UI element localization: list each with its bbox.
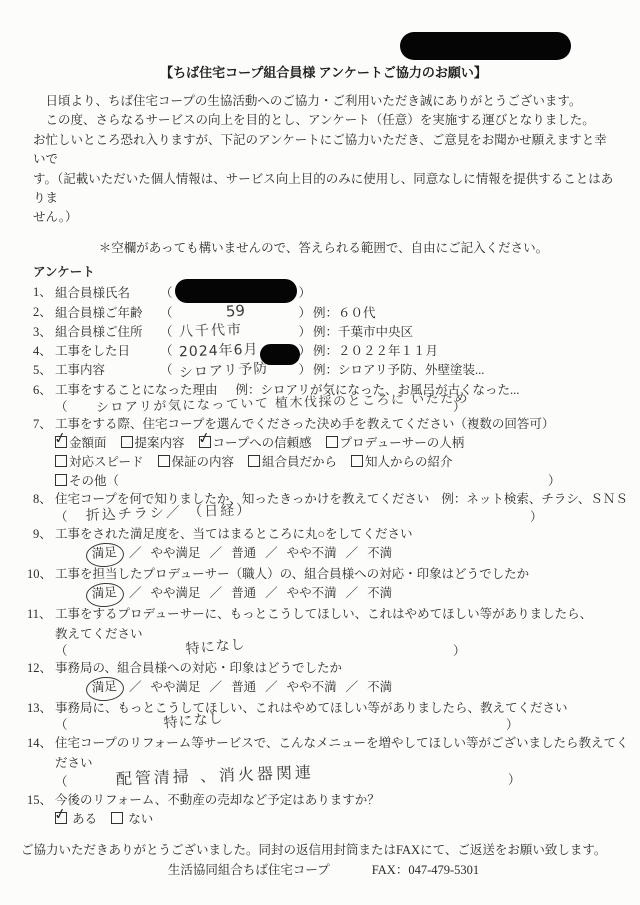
paren-close: ） — [299, 344, 312, 358]
footer-thanks: ご協力いただきありがとうございました。同封の返信用封筒またはFAXにて、ご返送を… — [21, 841, 614, 861]
question-11-producer-feedback: 11、工事をするプロデューサーに、もっとこうしてほしい、これはやめてほしい等があ… — [33, 605, 614, 624]
option-separator: ／ — [337, 546, 368, 560]
question-number: 11、 — [27, 605, 52, 624]
checkbox — [55, 474, 67, 486]
question-text: 今後のリフォーム、不動産の売却など予定はありますか？ — [55, 793, 380, 807]
checkbox-item-yes: ある — [55, 812, 97, 826]
question-9-scale: 満足／やや満足／普通／やや不満／不満 — [33, 544, 614, 565]
answer-blank: 2024年6月 — [173, 342, 299, 361]
checkbox-item-producer-character: プロデューサーの人柄 — [326, 436, 465, 450]
paren-close: ） — [299, 363, 312, 377]
checkbox-item-referral: 知人からの紹介 — [351, 455, 453, 469]
checkbox-label: 金額面 — [69, 436, 107, 450]
example-text: 例：シロアリ予防、外壁塗装... — [313, 363, 484, 377]
question-11-continued: 教えてください — [33, 625, 614, 644]
paren-open: （ — [55, 400, 68, 414]
question-number: 6、 — [33, 381, 52, 400]
checkbox-item-other: その他（ — [55, 474, 119, 488]
question-10-producer-impression: 10、工事を担当したプロデューサー（職人）の、組合員様への対応・印象はどうでした… — [33, 565, 614, 584]
checkbox-label: 保証の内容 — [172, 455, 235, 469]
question-number: 5、 — [33, 361, 52, 380]
paren-close: ） — [548, 472, 561, 491]
satisfaction-option: 不満 — [367, 678, 392, 697]
option-separator: ／ — [120, 586, 151, 600]
question-text: 教えてください — [55, 627, 143, 641]
question-14-menu-request: 14、住宅コープのリフォーム等サービスで、こんなメニューを増やしてほしい等がござ… — [33, 734, 614, 753]
question-text: 工事をされた満足度を、当てはまるところに丸○をしてください — [55, 527, 413, 541]
question-12-office-impression: 12、事務局の、組合員様への対応・印象はどうでしたか — [33, 659, 614, 678]
answer-blank: シロアリ予防 — [173, 361, 299, 380]
question-label: 組合員様ご年齢 — [55, 304, 160, 323]
question-12-scale: 満足／やや満足／普通／やや不満／不満 — [33, 678, 614, 699]
question-text: ださい — [55, 756, 93, 770]
question-4-work-date: 4、工事をした日（2024年6月）例：２０２２年１１月 — [33, 342, 614, 361]
option-separator: ／ — [120, 546, 151, 560]
question-text: 工事を担当したプロデューサー（職人）の、組合員様への対応・印象はどうでしたか — [55, 567, 529, 581]
option-separator: ／ — [256, 546, 287, 560]
paren-open: （ — [55, 644, 68, 658]
checkbox-label: 対応スピード — [69, 455, 144, 469]
intro-line-2: この度、さらなるサービスの向上を目的とし、アンケート（任意）を実施する運びとなり… — [33, 111, 614, 130]
paren-open: （ — [160, 325, 173, 339]
example-text: 例：ネット検索、チラシ、ＳＮＳ — [441, 492, 628, 506]
intro-paragraph: 日頃より、ちば住宅コープの生協活動へのご協力・ご利用いただき誠にありがとうござい… — [33, 92, 614, 228]
checkbox-item-no: ない — [111, 812, 153, 826]
question-text: 住宅コープのリフォーム等サービスで、こんなメニューを増やしてほしい等がございまし… — [55, 736, 629, 750]
checkbox-label: 提案内容 — [135, 436, 185, 450]
question-13-answer-line: （特になし） — [33, 718, 614, 734]
question-13-office-feedback: 13、事務局に、もっとこうしてほしい、これはやめてほしい等がありましたら、教えて… — [33, 699, 614, 718]
checkbox-item-member: 組合員だから — [248, 455, 337, 469]
paren-close: ） — [299, 306, 312, 320]
satisfaction-option: 普通 — [231, 678, 256, 697]
option-separator: ／ — [201, 680, 232, 694]
example-text: 例：千葉市中央区 — [313, 325, 413, 339]
checkbox-item-warranty: 保証の内容 — [158, 455, 235, 469]
question-number: 12、 — [27, 659, 52, 678]
checkbox — [351, 455, 363, 467]
option-separator: ／ — [201, 546, 232, 560]
paren-open: （ — [160, 286, 173, 300]
checkbox — [55, 455, 67, 467]
fax-number: FAX：047-479-5301 — [372, 863, 479, 877]
option-separator: ／ — [256, 680, 287, 694]
paren-close: ） — [299, 286, 312, 300]
question-text: 工事をするプロデューサーに、もっとこうしてほしい、これはやめてほしい等がありまし… — [55, 607, 592, 621]
checkbox-label: その他（ — [69, 474, 119, 488]
question-number: 10、 — [27, 565, 52, 584]
checkbox-item-price: 金額面 — [55, 436, 107, 450]
checkbox — [121, 436, 133, 448]
example-text: 例：２０２２年１１月 — [313, 344, 438, 358]
page-title: 【ちば住宅コープ組合員様 アンケートご協力のお願い】 — [33, 62, 614, 81]
answer-blank: 八千代市 — [173, 323, 299, 342]
paren-close: ） — [508, 773, 521, 788]
question-7-options-row-1: 金額面提案内容コープへの信頼感プロデューサーの人柄 — [33, 434, 614, 453]
redaction-bar-name — [175, 279, 297, 303]
question-label: 組合員様ご住所 — [55, 323, 160, 342]
option-separator: ／ — [337, 586, 368, 600]
footer-org-line: 生活協同組合ちば住宅コープFAX：047-479-5301 — [33, 861, 614, 881]
question-label: 組合員様氏名 — [55, 284, 160, 303]
paren-open: （ — [160, 363, 173, 377]
option-separator: ／ — [256, 586, 287, 600]
page-content: 【ちば住宅コープ組合員様 アンケートご協力のお願い】 日頃より、ちば住宅コープの… — [33, 28, 614, 880]
question-6-answer-line: （シロアリが気になっていて 植木伐採のところに いたため） — [33, 400, 614, 415]
handwritten-address: 八千代市 — [178, 321, 243, 342]
checkbox — [326, 436, 338, 448]
scanned-survey-page: 【ちば住宅コープ組合員様 アンケートご協力のお願い】 日頃より、ちば住宅コープの… — [0, 0, 640, 905]
checkbox — [248, 455, 260, 467]
satisfaction-option: やや満足 — [151, 544, 201, 563]
question-15-options: ある ない — [33, 810, 614, 829]
question-text: 工事をすることになった理由 — [55, 383, 218, 397]
checkbox-label: 組合員だから — [262, 455, 337, 469]
paren-close: ） — [453, 400, 466, 415]
intro-line-4: す。（記載いただいた個人情報は、サービス向上目的のみに使用し、同意なしに情報を提… — [33, 170, 614, 209]
question-text: 工事をする際、住宅コープを選んでくださった決め手を教えてください（複数の回答可） — [55, 417, 554, 431]
paren-open: （ — [160, 306, 173, 320]
paren-open: （ — [55, 510, 68, 524]
checkbox-label: コープへの信頼感 — [213, 436, 312, 450]
question-label: 工事をした日 — [55, 342, 160, 361]
question-15-future-plans: 15、今後のリフォーム、不動産の売却など予定はありますか？ — [33, 791, 614, 810]
example-text: 例：６０代 — [313, 306, 376, 320]
handwritten-none: 特になし — [185, 637, 246, 657]
question-11-answer-line: （特になし） — [33, 644, 614, 659]
question-label: 工事内容 — [55, 361, 160, 380]
checkbox-label: 知人からの紹介 — [365, 455, 453, 469]
question-number: 1、 — [33, 283, 52, 302]
satisfaction-option: 普通 — [231, 544, 256, 563]
question-7-options-row-2: 対応スピード保証の内容組合員だから知人からの紹介 — [33, 453, 614, 472]
checkbox — [111, 812, 123, 824]
checkbox — [158, 455, 170, 467]
paren-close: ） — [530, 510, 543, 525]
satisfaction-option: やや不満 — [287, 544, 337, 563]
question-number: 4、 — [33, 342, 52, 361]
question-14-answer-line: （配管清掃 、消火器関連） — [33, 773, 614, 791]
question-text: 事務局に、もっとこうしてほしい、これはやめてほしい等がありましたら、教えてくださ… — [55, 701, 568, 715]
paren-open: （ — [160, 344, 173, 358]
question-number: 3、 — [33, 323, 52, 342]
option-separator: ／ — [201, 586, 232, 600]
question-7-option-other: その他（） — [33, 472, 614, 491]
question-text: 事務局の、組合員様への対応・印象はどうでしたか — [55, 661, 342, 675]
satisfaction-option: やや不満 — [287, 584, 337, 603]
satisfaction-option: やや満足 — [151, 678, 201, 697]
question-7-deciding-factor: 7、工事をする際、住宅コープを選んでくださった決め手を教えてください（複数の回答… — [33, 415, 614, 434]
checkbox-label: ある — [72, 812, 97, 826]
paren-close: ） — [506, 718, 519, 733]
fill-in-note: ＊空欄があっても構いませんので、答えられる範囲で、自由にご記入ください。 — [33, 238, 614, 256]
option-separator: ／ — [120, 680, 151, 694]
checkbox — [55, 812, 67, 824]
question-1-name: 1、組合員様氏名（） — [33, 283, 614, 303]
handwritten-none: 特になし — [163, 712, 224, 732]
answer-blank — [173, 283, 299, 303]
option-separator: ／ — [337, 680, 368, 694]
intro-line-5: せん。） — [33, 208, 614, 227]
intro-line-1: 日頃より、ちば住宅コープの生協活動へのご協力・ご利用いただき誠にありがとうござい… — [33, 92, 614, 111]
question-number: 8、 — [33, 490, 52, 509]
checkbox — [199, 436, 211, 448]
satisfaction-option: やや満足 — [151, 584, 201, 603]
question-5-work-content: 5、工事内容（シロアリ予防）例：シロアリ予防、外壁塗装... — [33, 361, 614, 380]
checkbox-label: プロデューサーの人柄 — [340, 436, 465, 450]
question-number: 7、 — [33, 415, 52, 434]
question-number: 2、 — [33, 303, 52, 322]
checkbox-item-speed: 対応スピード — [55, 455, 144, 469]
checkbox-item-trust: コープへの信頼感 — [199, 436, 312, 450]
checkbox-item-proposal: 提案内容 — [121, 436, 185, 450]
question-3-address: 3、組合員様ご住所（八千代市）例：千葉市中央区 — [33, 323, 614, 342]
survey-heading: アンケート — [33, 263, 614, 283]
question-number: 9、 — [33, 525, 52, 544]
question-number: 15、 — [27, 791, 52, 810]
paren-close: ） — [453, 644, 466, 659]
satisfaction-option: やや不満 — [287, 678, 337, 697]
question-2-age: 2、組合員様ご年齢（59）例：６０代 — [33, 303, 614, 323]
satisfaction-option: 不満 — [367, 584, 392, 603]
checkbox — [55, 436, 67, 448]
organization-name: 生活協同組合ちば住宅コープ — [168, 863, 330, 877]
question-8-answer-line: （折込チラシ／ （日経）） — [33, 510, 614, 525]
handwritten-date: 2024年6月 — [178, 341, 258, 363]
handwritten-age: 59 — [225, 301, 245, 321]
satisfaction-option: 不満 — [367, 544, 392, 563]
question-number: 13、 — [27, 699, 52, 718]
checkbox-label: ない — [128, 812, 153, 826]
satisfaction-option: 普通 — [231, 584, 256, 603]
paren-close: ） — [299, 325, 312, 339]
answer-blank: 59 — [173, 303, 299, 323]
intro-line-3: お忙しいところ恐れ入りますが、下記のアンケートにご協力いただき、ご意見をお聞かせ… — [33, 131, 614, 170]
question-number: 14、 — [27, 734, 52, 753]
question-10-scale: 満足／やや満足／普通／やや不満／不満 — [33, 584, 614, 605]
handwritten-menu-request: 配管清掃 、消火器関連 — [115, 764, 313, 786]
question-9-satisfaction: 9、工事をされた満足度を、当てはまるところに丸○をしてください — [33, 525, 614, 544]
paren-open: （ — [55, 775, 68, 789]
paren-open: （ — [55, 718, 68, 732]
